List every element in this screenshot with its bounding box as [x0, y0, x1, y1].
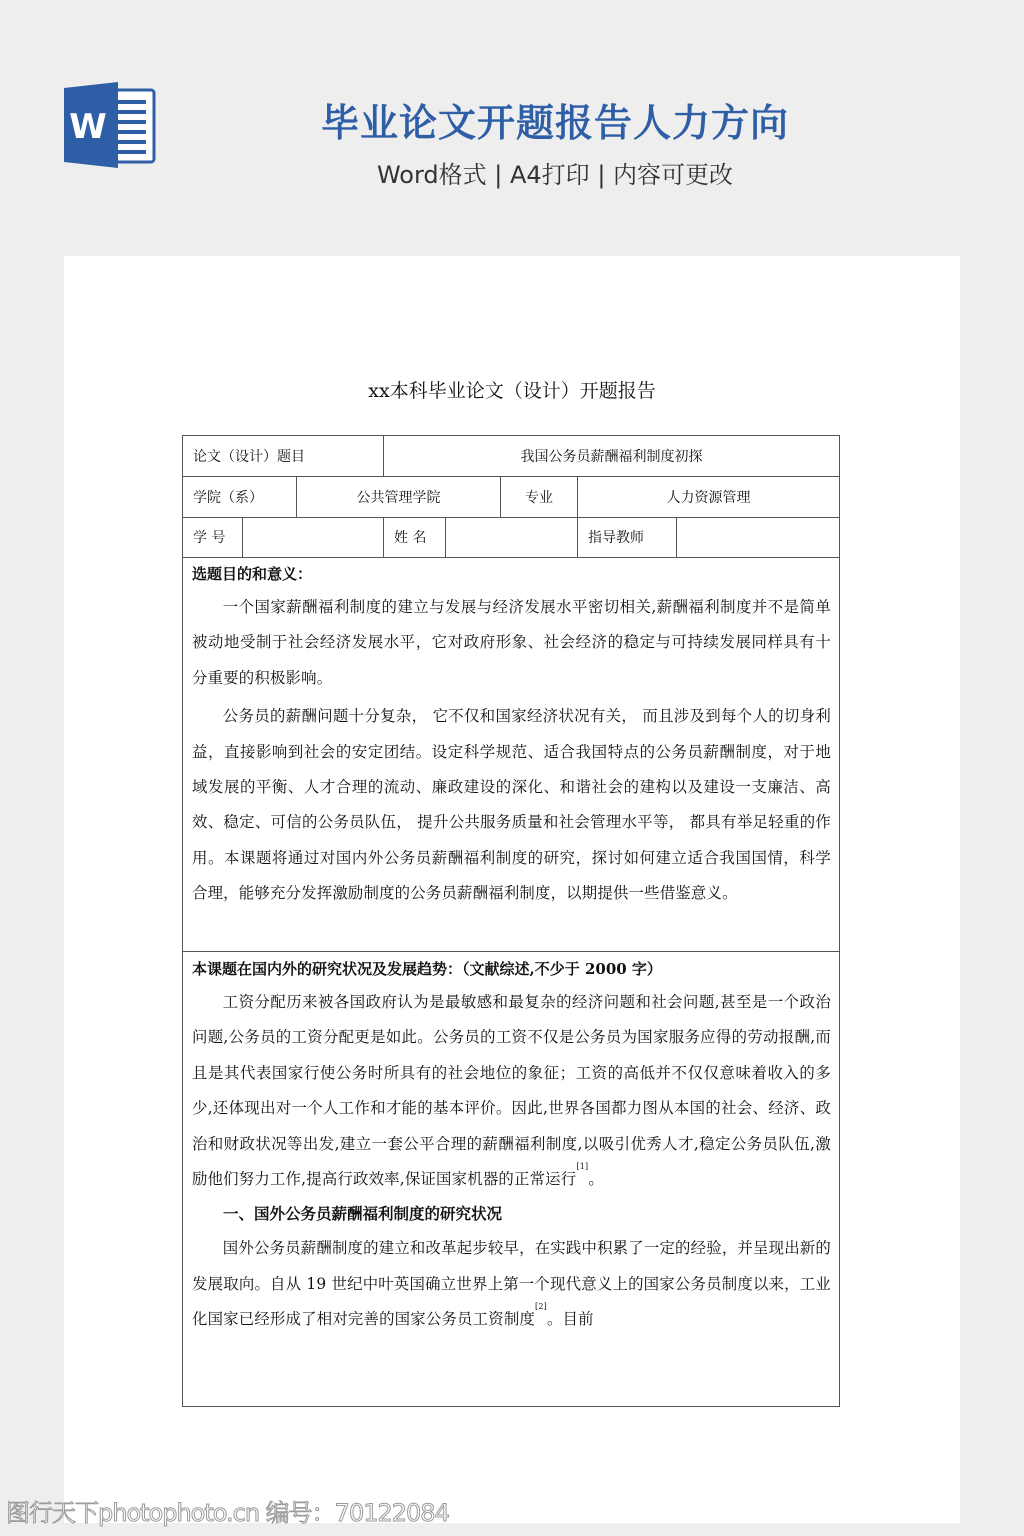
- purpose-paragraph-2: 公务员的薪酬问题十分复杂， 它不仅和国家经济状况有关， 而且涉及到每个人的切身利…: [192, 699, 831, 911]
- name-label: 姓 名: [383, 517, 445, 557]
- citation-2: [2]: [535, 1302, 547, 1311]
- major-label: 专业: [500, 476, 577, 517]
- table-row-title: 论文（设计）题目 我国公务员薪酬福利制度初探: [183, 436, 839, 477]
- purpose-heading: 选题目的和意义：: [192, 562, 831, 586]
- table-row-student: 学 号 姓 名 指导教师: [183, 517, 839, 558]
- purpose-paragraph-1: 一个国家薪酬福利制度的建立与发展与经济发展水平密切相关,薪酬福利制度并不是简单被…: [192, 590, 831, 696]
- literature-paragraph-2: 国外公务员薪酬制度的建立和改革起步较早，在实践中积累了一定的经验，并呈现出新的发…: [192, 1231, 831, 1337]
- college-label: 学院（系）: [183, 476, 296, 517]
- college-value: 公共管理学院: [296, 476, 500, 517]
- table-row-college: 学院（系） 公共管理学院 专业 人力资源管理: [183, 476, 839, 518]
- thesis-title-label: 论文（设计）题目: [183, 436, 383, 476]
- literature-heading: 本课题在国内外的研究状况及发展趋势：（文献综述,不少于 2000 字）: [192, 957, 831, 981]
- document-page: xx本科毕业论文（设计）开题报告 论文（设计）题目 我国公务员薪酬福利制度初探 …: [64, 256, 960, 1523]
- watermark: 图行天下photophoto.cn 编号：70122084: [6, 1493, 449, 1528]
- banner-title: 毕业论文开题报告人力方向: [250, 92, 860, 147]
- banner-subtitle: Word格式 | A4打印 | 内容可更改: [250, 155, 860, 190]
- name-value: [445, 517, 577, 557]
- advisor-label: 指导教师: [577, 517, 676, 557]
- literature-paragraph-2-text: 国外公务员薪酬制度的建立和改革起步较早，在实践中积累了一定的经验，并呈现出新的发…: [192, 1239, 831, 1328]
- literature-paragraph-1: 工资分配历来被各国政府认为是最敏感和最复杂的经济问题和社会问题,甚至是一个政治问…: [192, 985, 831, 1197]
- svg-text:W: W: [69, 107, 107, 147]
- proposal-table: 论文（设计）题目 我国公务员薪酬福利制度初探 学院（系） 公共管理学院 专业 人…: [182, 435, 840, 1407]
- foreign-research-subheading: 一、国外公务员薪酬福利制度的研究状况: [192, 1197, 831, 1231]
- word-doc-icon: W: [64, 82, 156, 168]
- literature-paragraph-1-end: 。: [588, 1170, 604, 1188]
- literature-paragraph-1-text: 工资分配历来被各国政府认为是最敏感和最复杂的经济问题和社会问题,甚至是一个政治问…: [192, 993, 831, 1188]
- student-id-label: 学 号: [183, 517, 242, 557]
- citation-1: [1]: [576, 1162, 588, 1171]
- literature-paragraph-2-end: 。目前: [547, 1310, 594, 1328]
- major-value: 人力资源管理: [577, 476, 839, 517]
- purpose-section: 选题目的和意义： 一个国家薪酬福利制度的建立与发展与经济发展水平密切相关,薪酬福…: [183, 557, 839, 952]
- thesis-title-value: 我国公务员薪酬福利制度初探: [383, 436, 839, 476]
- student-id-value: [242, 517, 383, 557]
- document-title: xx本科毕业论文（设计）开题报告: [64, 376, 960, 403]
- literature-review-section: 本课题在国内外的研究状况及发展趋势：（文献综述,不少于 2000 字） 工资分配…: [183, 952, 839, 1406]
- advisor-value: [676, 517, 839, 557]
